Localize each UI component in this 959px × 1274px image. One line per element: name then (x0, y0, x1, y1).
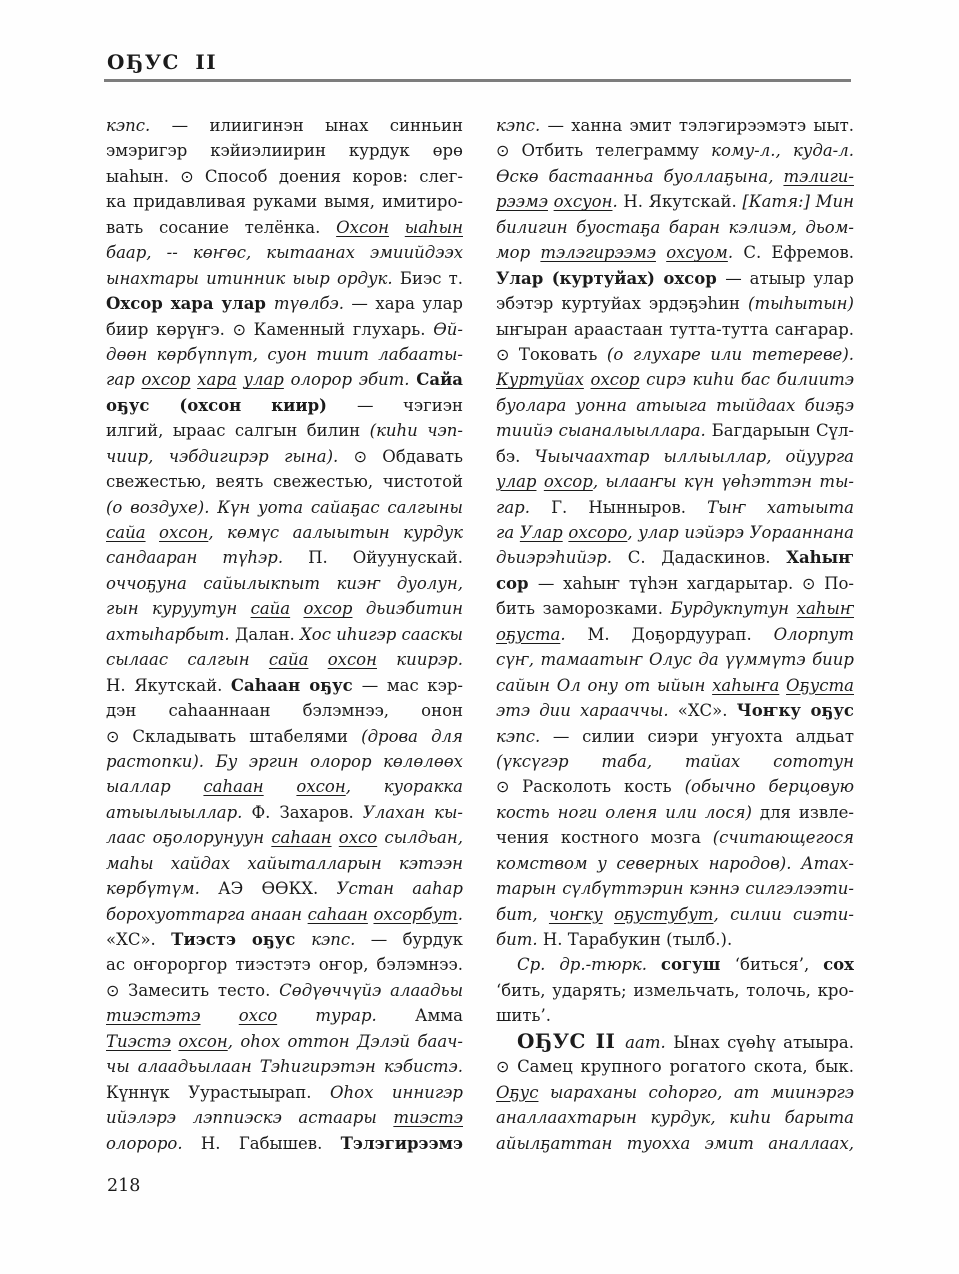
text-segment: сайа (251, 599, 291, 618)
text-segment: ыаллар (106, 777, 203, 796)
text-segment: охсуон (554, 192, 613, 211)
text-segment: Складывать штабелями (132, 727, 361, 746)
text-segment: (о воздухе). Күн уота сайаҕас салгыны (106, 498, 463, 517)
text-segment: сылдьан, (377, 828, 463, 847)
header-rule (104, 79, 851, 82)
text-segment: саһаан (308, 905, 368, 924)
text-segment: кэпс. (106, 116, 172, 135)
text-segment: хаһыҥа (712, 676, 779, 695)
definition-marker-icon: ⊙ (496, 141, 521, 160)
text-segment: С. Ефремов. (743, 243, 854, 262)
text-segment: илгий, ыраас салгын билин (106, 421, 370, 440)
text-segment: кэпс. (496, 116, 547, 135)
text-line: буолара уонна атыыга тыйдаах биэҕэ (496, 393, 854, 418)
text-segment: бит. (496, 930, 543, 949)
text-segment: ас оҥороргор тиэстэтэ оҥор, бэлэмнээ. (106, 955, 463, 974)
text-segment: маһы хайдах хайыталларын кэтээн (106, 854, 463, 873)
text-line: оччоҕуна сайылыкпыт киэҥ дуолун, сал- (106, 571, 463, 596)
text-segment: Ср. др.-тюрк. (517, 955, 661, 974)
text-line: чиир, чэбдигирэр гына). ⊙ Обдавать (106, 444, 463, 469)
text-segment: бить заморозками. (496, 599, 671, 618)
text-segment: ыаһын (405, 218, 463, 237)
text-line: гын куруутун сайа охсор дьиэбитин (106, 596, 463, 621)
text-segment: (о глухаре или тетереве). (607, 345, 854, 364)
text-segment: борохуоттарга анаан (106, 905, 308, 924)
text-segment: Чыычаахтар ыллыыллар, ойуурга (535, 447, 855, 466)
text-segment: , оһох оттон Дэлэй баач- (228, 1032, 463, 1051)
text-segment: Өскө бастаанньа буоллаҕына, (496, 167, 783, 186)
text-segment: Самец крупного рогатого скота, бык. (517, 1057, 854, 1076)
text-line: «ХС». Тиэстэ оҕус кэпс. — бурдук (106, 927, 463, 952)
text-line: оҕуста. М. Доҕордуурап. Олорпут оҕур- (496, 622, 854, 647)
text-segment: бит, (496, 905, 549, 924)
text-segment: Өй- (433, 320, 463, 339)
text-line: мор тэлэгирээмэ охсуом. С. Ефремов. (496, 240, 854, 265)
text-segment: Способ доения коров: слег- (205, 167, 463, 186)
text-segment: П. Ойуунускай. (308, 548, 463, 567)
headword: ОҔУС II (517, 1029, 625, 1053)
text-segment: ‘бить, ударять; измельчать, толочь, кро- (496, 981, 854, 1000)
text-segment (146, 523, 159, 542)
text-line: биир көрүҥэ. ⊙ Каменный глухарь. Өй- (106, 317, 463, 342)
text-segment: охсор (141, 370, 190, 389)
text-line: Охсор хара улар түөлбэ. — хара улар (106, 291, 463, 316)
text-line: (о воздухе). Күн уота сайаҕас салгыны (106, 495, 463, 520)
text-segment: сайын Ол ону от ыйын (496, 676, 712, 695)
text-segment: сох (823, 955, 854, 974)
text-segment: Оҕус (496, 1083, 538, 1102)
text-line: комством у северных народов). Атах- (496, 851, 854, 876)
text-segment (603, 905, 614, 924)
definition-marker-icon: ⊙ (496, 777, 522, 796)
text-segment: — бурдук (371, 930, 463, 949)
text-segment: вать сосание телёнка. (106, 218, 336, 237)
text-line: кэпс. — илиигинэн ынах синньин ньирэй (106, 113, 463, 138)
text-line: кэпс. — ханна эмит тэлэгирээмэтэ ыыт. (496, 113, 854, 138)
text-segment: охсор (544, 472, 593, 491)
text-segment: (киһи чэп- (370, 421, 463, 440)
text-line: кэпс. — силии сиэри уҥуохта алдьат (496, 724, 854, 749)
text-segment: охсо (239, 1006, 277, 1025)
text-line: эмэригэр кэйиэлиирин курдук өрө анньан (106, 138, 463, 163)
text-segment: Каменный глухарь. (254, 320, 434, 339)
text-segment: . (560, 625, 587, 644)
text-segment: охсорбут (373, 905, 457, 924)
text-segment: Замесить тесто. (128, 981, 279, 1000)
text-segment: атыылыыллар. (106, 803, 251, 822)
text-segment: оҕустубут (614, 905, 713, 924)
page-number: 218 (107, 1176, 140, 1196)
column-left: кэпс. — илиигинэн ынах синньин ньирэйэмэ… (106, 113, 463, 1156)
definition-marker-icon: ⊙ (180, 167, 205, 186)
text-line: дьиэрэһийэр. С. Дадаскинов. Хаһыҥ ох- (496, 545, 854, 570)
column-right: кэпс. — ханна эмит тэлэгирээмэтэ ыыт.⊙ О… (496, 113, 854, 1156)
definition-marker-icon: ⊙ (496, 345, 519, 364)
text-segment (264, 777, 297, 796)
text-segment: — ханна эмит тэлэгирээмэтэ ыыт. (547, 116, 854, 135)
text-segment: чиир, чэбдигирэр гына). (106, 447, 354, 466)
text-line: (үксүгэр таба, тайах сототун уҥуоҕун). (496, 749, 854, 774)
text-segment: ахтыһарбыт. (106, 625, 235, 644)
text-line: борохуоттарга анаан саһаан охсорбут. (106, 902, 463, 927)
text-segment: охсоро (568, 523, 627, 542)
text-segment: гар. (496, 498, 551, 517)
text-segment: Чоҥку оҕус (737, 701, 854, 720)
text-segment: баар, -- көҥөс, кытаанах эмиийдээх (106, 243, 463, 262)
text-segment: рээмэ (496, 192, 548, 211)
text-line: бить заморозками. Бурдукпутун хаһыҥ (496, 596, 854, 621)
text-segment: Тиэстэ оҕус (171, 930, 311, 949)
text-line: Тиэстэ охсон, оһох оттон Дэлэй баач- (106, 1029, 463, 1054)
text-segment: ыаһын. (106, 167, 180, 186)
text-segment: — атыыр улар (725, 269, 854, 288)
text-segment: ыҥыран араастаан тутта-тутта саҥарар. (496, 320, 854, 339)
text-segment: «ХС». (678, 701, 737, 720)
text-segment: бэ. (496, 447, 535, 466)
text-line: ⊙ Самец крупного рогатого скота, бык. (496, 1054, 854, 1079)
text-segment: гар (106, 370, 141, 389)
text-segment (389, 218, 405, 237)
text-line: тиийэ сыаналыыллара. Багдарыын Сүл- (496, 418, 854, 443)
text-segment: охсор (303, 599, 352, 618)
text-segment: тиэстэ (393, 1108, 463, 1127)
text-segment (332, 828, 339, 847)
text-line: атыылыыллар. Ф. Захаров. Улахан кы- (106, 800, 463, 825)
text-segment: Охсон (336, 218, 389, 237)
text-line: Н. Якутскай. Саһаан оҕус — мас кэр- (106, 673, 463, 698)
text-segment: сандааран түһэр. (106, 548, 308, 567)
text-segment: — силии сиэри уҥуохта алдьат (553, 727, 854, 746)
text-segment: [Катя:] Мин (742, 192, 854, 211)
text-segment: для извле- (760, 803, 854, 822)
text-line: растопки). Бу эргин олорор көлөлөөх (106, 749, 463, 774)
text-line: рээмэ охсуон. Н. Якутскай. [Катя:] Мин (496, 189, 854, 214)
text-segment (536, 472, 543, 491)
text-segment: ийэлэрэ лэппиэскэ астаары (106, 1108, 393, 1127)
text-segment: сүҥ, тамаатыҥ Олус да үүммүтэ биир (496, 650, 854, 669)
text-line: ⊙ Расколоть кость (обычно берцовую (496, 774, 854, 799)
text-segment: сайа (106, 523, 146, 542)
text-line: чения костного мозга (считающегося ла- (496, 825, 854, 850)
text-segment: чы алаадьылаан Тэһигирэтэн кэбистэ. (106, 1057, 463, 1076)
text-segment: Улахан кы- (363, 803, 463, 822)
text-line: олороро. Н. Габышев. Тэлэгирээмэ оҕус (106, 1131, 463, 1156)
text-segment: Бурдукпутун (671, 599, 797, 618)
text-line: ⊙ Отбить телеграмму кому-л., куда-л. (496, 138, 854, 163)
definition-marker-icon: ⊙ (354, 447, 383, 466)
text-segment: турар. (277, 1006, 415, 1025)
text-line: сор — хаһыҥ түһэн хагдарытар. ⊙ По- (496, 571, 854, 596)
text-segment: оҕуста (496, 625, 560, 644)
text-segment: (үксүгэр таба, тайах сототун уҥуоҕун). (496, 752, 854, 774)
text-segment: Н. Якутскай. (106, 676, 231, 695)
text-segment: эмэригэр кэйиэлиирин курдук өрө анньан (106, 141, 463, 163)
text-segment: охсон (296, 777, 345, 796)
text-segment: Ынах сүөһү атыыра. (673, 1033, 854, 1052)
text-segment: га (496, 523, 520, 542)
text-segment: ка придавливая руками вымя, имитиро- (106, 192, 463, 211)
text-line: кость ноги оленя или лося) для извле- (496, 800, 854, 825)
text-segment: охсон (159, 523, 208, 542)
text-segment: Н. Якутскай. (623, 192, 742, 211)
text-segment: хаһыҥ (797, 599, 854, 618)
text-segment: тиийэ сыаналыыллара. (496, 421, 712, 440)
text-segment: , ылааҥы күн үөһэттэн ты- (593, 472, 854, 491)
definition-marker-icon: ⊙ (106, 981, 128, 1000)
text-segment: , улар иэйэрэ Уорааннана (627, 523, 854, 542)
text-segment: — хара улар (351, 294, 463, 313)
text-segment: аат. (625, 1033, 673, 1052)
text-segment: (дрова для (361, 727, 463, 746)
text-line: сылаас салгын сайа охсон киирэр. (106, 647, 463, 672)
text-segment: саһаан (271, 828, 331, 847)
text-segment: Тиэстэ (106, 1032, 171, 1051)
text-line: ахтыһарбыт. Далан. Хос иһигэр сааскы (106, 622, 463, 647)
text-segment: Куртуйах (496, 370, 584, 389)
text-line: көрбүтүм. АЭ ӨӨКХ. Устан ааһар (106, 876, 463, 901)
text-line: дөөн көрбүппүт, суон тиит лабааты- (106, 342, 463, 367)
text-segment: Обдавать (382, 447, 463, 466)
text-segment: чения костного мозга (496, 828, 713, 847)
text-segment: дьиэбитин (352, 599, 463, 618)
text-line: бит, чоҥку оҕустубут, силии сиэти- (496, 902, 854, 927)
text-segment: . (458, 905, 463, 924)
text-segment: гын куруутун (106, 599, 251, 618)
text-segment: Токовать (519, 345, 607, 364)
text-segment: тэлэгирээмэ (540, 243, 656, 262)
definition-marker-icon: ⊙ (802, 574, 824, 593)
text-segment: оҕус (охсон киир) (106, 396, 357, 415)
text-line: Улар (куртуйах) охсор — атыыр улар (496, 266, 854, 291)
text-segment: Н. Габышев. (201, 1134, 341, 1153)
text-line: Оҕус ыараханы соһорго, ат миинэргэ (496, 1080, 854, 1105)
text-segment: Улар (520, 523, 563, 542)
text-segment: АЭ ӨӨКХ. (218, 879, 336, 898)
text-segment: согуш (661, 955, 735, 974)
text-segment: сор (496, 574, 538, 593)
text-line: ас оҥороргор тиэстэтэ оҥор, бэлэмнээ. (106, 952, 463, 977)
text-segment: чоҥку (549, 905, 603, 924)
text-segment: Багдарыын Сүл- (712, 421, 854, 440)
text-segment: билигин буостаҕа баран кэлиэм, дьом- (496, 218, 854, 237)
text-segment: свежестью, веять свежестью, чистотой (106, 472, 463, 491)
text-line: баар, -- көҥөс, кытаанах эмиийдээх (106, 240, 463, 265)
text-segment: сирэ киһи бас билиитэ (640, 370, 854, 389)
text-segment: олороро. (106, 1134, 201, 1153)
text-line: этэ дии харааччы. «ХС». Чоҥку оҕус (496, 698, 854, 723)
text-segment: Отбить телеграмму (521, 141, 711, 160)
text-segment: Сөдүөччүйэ алаадьы (279, 981, 463, 1000)
text-segment: этэ дии харааччы. (496, 701, 678, 720)
text-segment: түөлбэ. (274, 294, 352, 313)
text-line: Куртуйах охсор сирэ киһи бас билиитэ (496, 367, 854, 392)
text-segment: кому-л., куда-л. (711, 141, 854, 160)
text-segment: саһаан (203, 777, 263, 796)
text-segment: улар (243, 370, 283, 389)
text-line: илгий, ыраас салгын билин (киһи чэп- (106, 418, 463, 443)
text-line: дэн саһааннаан бэлэмнээ, онон дьарыгыр. (106, 698, 463, 723)
text-line: тарын сүлбүттэрин кэннэ силгэлээти- (496, 876, 854, 901)
text-line: лаас оҕолорунуун саһаан охсо сылдьан, (106, 825, 463, 850)
text-line: га Улар охсоро, улар иэйэрэ Уорааннана (496, 520, 854, 545)
definition-marker-icon: ⊙ (106, 727, 132, 746)
text-segment: — мас кэр- (362, 676, 463, 695)
text-segment (201, 1006, 239, 1025)
text-segment: охсо (339, 828, 377, 847)
text-segment: охсор (591, 370, 640, 389)
text-segment: биир көрүҥэ. (106, 320, 233, 339)
text-segment: кэпс. (496, 727, 553, 746)
text-segment: Охсор хара улар (106, 294, 274, 313)
text-segment: тэлиги- (783, 167, 854, 186)
text-line: сандааран түһэр. П. Ойуунускай. Биһиги (106, 545, 463, 570)
text-segment: Оҕуста (786, 676, 854, 695)
text-segment: Устан ааһар (337, 879, 463, 898)
running-head: ОҔУС II (107, 50, 217, 74)
text-segment: дэн саһааннаан бэлэмнээ, онон дьарыгыр. (106, 701, 463, 723)
text-segment: киирэр. (377, 650, 463, 669)
text-line: маһы хайдах хайыталларын кэтээн (106, 851, 463, 876)
text-line: ‘бить, ударять; измельчать, толочь, кро- (496, 978, 854, 1003)
text-line: оҕус (охсон киир) — чэгиэн салгынынан (106, 393, 463, 418)
text-line: Өскө бастаанньа буоллаҕына, тэлиги- (496, 164, 854, 189)
text-line: айылҕаттан туохха эмит аналлаах, (496, 1131, 854, 1156)
text-line: тиэстэтэ охсо турар. Амма Аччыгыйа. (106, 1003, 463, 1028)
text-segment: хара (197, 370, 237, 389)
text-segment: ынахтары итинник ыыр ордук. (106, 269, 400, 288)
text-line: Күннүк Уурастыырап. Оһох иннигэр (106, 1080, 463, 1105)
text-line: шить’. (496, 1003, 854, 1028)
text-segment: дьиэрэһийэр. (496, 548, 628, 567)
text-line: ⊙ Замесить тесто. Сөдүөччүйэ алаадьы (106, 978, 463, 1003)
text-line: Ср. др.-тюрк. согуш ‘биться’, сох (496, 952, 854, 977)
text-segment: Расколоть кость (522, 777, 684, 796)
text-line: сайын Ол ону от ыйын хаһыҥа Оҕуста (496, 673, 854, 698)
text-line: ыҥыран араастаан тутта-тутта саҥарар. (496, 317, 854, 342)
text-segment: оччоҕуна сайылыкпыт киэҥ дуолун, сал- (106, 574, 463, 596)
text-line: ОҔУС II аат. Ынах сүөһү атыыра. (496, 1029, 854, 1054)
text-line: чы алаадьылаан Тэһигирэтэн кэбистэ. (106, 1054, 463, 1079)
text-segment: көрбүтүм. (106, 879, 218, 898)
text-segment: сылаас салгын (106, 650, 269, 669)
text-segment: ыараханы соһорго, ат миинэргэ (538, 1083, 854, 1102)
text-segment: охсуом (666, 243, 728, 262)
text-segment: — хаһыҥ түһэн хагдарытар. (538, 574, 802, 593)
text-line: ⊙ Токовать (о глухаре или тетереве). (496, 342, 854, 367)
text-segment: . (728, 243, 743, 262)
text-segment: кэпс. (311, 930, 371, 949)
text-line: эбэтэр куртуйах эрдэҕэһин (тыһытын) (496, 291, 854, 316)
text-segment: Сайа (416, 370, 463, 389)
text-line: сайа охсон, көмүс аалыытын курдук (106, 520, 463, 545)
text-segment: Саһаан оҕус (231, 676, 362, 695)
text-segment: мор (496, 243, 540, 262)
text-segment: кость ноги оленя или лося) (496, 803, 760, 822)
text-segment: Далан. (235, 625, 300, 644)
text-line: ынахтары итинник ыыр ордук. Биэс т. (106, 266, 463, 291)
text-segment: , силии сиэти- (713, 905, 854, 924)
text-segment: ‘биться’, (735, 955, 823, 974)
text-segment: . (612, 192, 623, 211)
text-segment: лаас оҕолорунуун (106, 828, 271, 847)
definition-marker-icon: ⊙ (496, 1057, 517, 1076)
text-segment: дөөн көрбүппүт, суон тиит лабааты- (106, 345, 463, 364)
text-line: ⊙ Складывать штабелями (дрова для (106, 724, 463, 749)
text-segment: По- (824, 574, 854, 593)
text-line: ка придавливая руками вымя, имитиро- (106, 189, 463, 214)
text-segment: комством у северных народов). Атах- (496, 854, 854, 873)
text-segment: (обычно берцовую (685, 777, 854, 796)
text-segment: Биэс т. (400, 269, 463, 288)
text-segment: улар (496, 472, 536, 491)
text-segment: Хос иһигэр сааскы (300, 625, 463, 644)
text-line: ыаһын. ⊙ Способ доения коров: слег- (106, 164, 463, 189)
text-segment: олорор эбит. (284, 370, 416, 389)
text-segment: шить’. (496, 1006, 551, 1025)
text-segment: тиэстэтэ (106, 1006, 201, 1025)
text-segment: растопки). Бу эргин олорор көлөлөөх (106, 752, 463, 771)
text-line: гар охсор хара улар олорор эбит. Сайа (106, 367, 463, 392)
text-segment: С. Дадаскинов. (628, 548, 786, 567)
text-segment: «ХС». (106, 930, 171, 949)
text-line: аналлаахтарын курдук, киһи барыта (496, 1105, 854, 1130)
text-segment: эбэтэр куртуйах эрдэҕэһин (496, 294, 748, 313)
text-segment: сайа (269, 650, 309, 669)
text-segment: , көмүс аалыытын курдук (208, 523, 463, 542)
text-line: ийэлэрэ лэппиэскэ астаары тиэстэ охсо (106, 1105, 463, 1130)
text-segment: тарын сүлбүттэрин кэннэ силгэлээти- (496, 879, 854, 898)
text-line: ыаллар саһаан охсон, куоракка киллэрэн (106, 774, 463, 799)
text-segment: Оһох иннигэр (330, 1083, 463, 1102)
text-segment: айылҕаттан туохха эмит аналлаах, (496, 1134, 854, 1153)
text-line: улар охсор, ылааҥы күн үөһэттэн ты- (496, 469, 854, 494)
text-segment: М. Доҕордуурап. (588, 625, 774, 644)
text-line: бэ. Чыычаахтар ыллыыллар, ойуурга (496, 444, 854, 469)
text-line: вать сосание телёнка. Охсон ыаһын диэн (106, 215, 463, 240)
text-line: сүҥ, тамаатыҥ Олус да үүммүтэ биир (496, 647, 854, 672)
text-segment: охсон (328, 650, 377, 669)
text-segment (584, 370, 591, 389)
text-segment (290, 599, 303, 618)
text-line: свежестью, веять свежестью, чистотой (106, 469, 463, 494)
text-line: билигин буостаҕа баран кэлиэм, дьом- (496, 215, 854, 240)
text-segment (308, 650, 327, 669)
text-line: бит. Н. Тарабукин (тылб.). (496, 927, 854, 952)
text-segment: Улар (куртуйах) охсор (496, 269, 725, 288)
dictionary-page: ОҔУС II кэпс. — илиигинэн ынах синньин н… (0, 0, 959, 1274)
text-segment: Ф. Захаров. (251, 803, 362, 822)
text-segment: (тыһытын) (748, 294, 854, 313)
text-segment: охсон (178, 1032, 227, 1051)
text-line: гар. Г. Нынныров. Тыҥ хатыыта дьыбар- (496, 495, 854, 520)
text-segment: Н. Тарабукин (тылб.). (543, 930, 732, 949)
text-segment: буолара уонна атыыга тыйдаах биэҕэ (496, 396, 854, 415)
text-segment: Г. Нынныров. (551, 498, 707, 517)
text-segment: Күннүк Уурастыырап. (106, 1083, 330, 1102)
text-segment: аналлаахтарын курдук, киһи барыта (496, 1108, 854, 1127)
definition-marker-icon: ⊙ (233, 320, 254, 339)
text-segment (656, 243, 666, 262)
